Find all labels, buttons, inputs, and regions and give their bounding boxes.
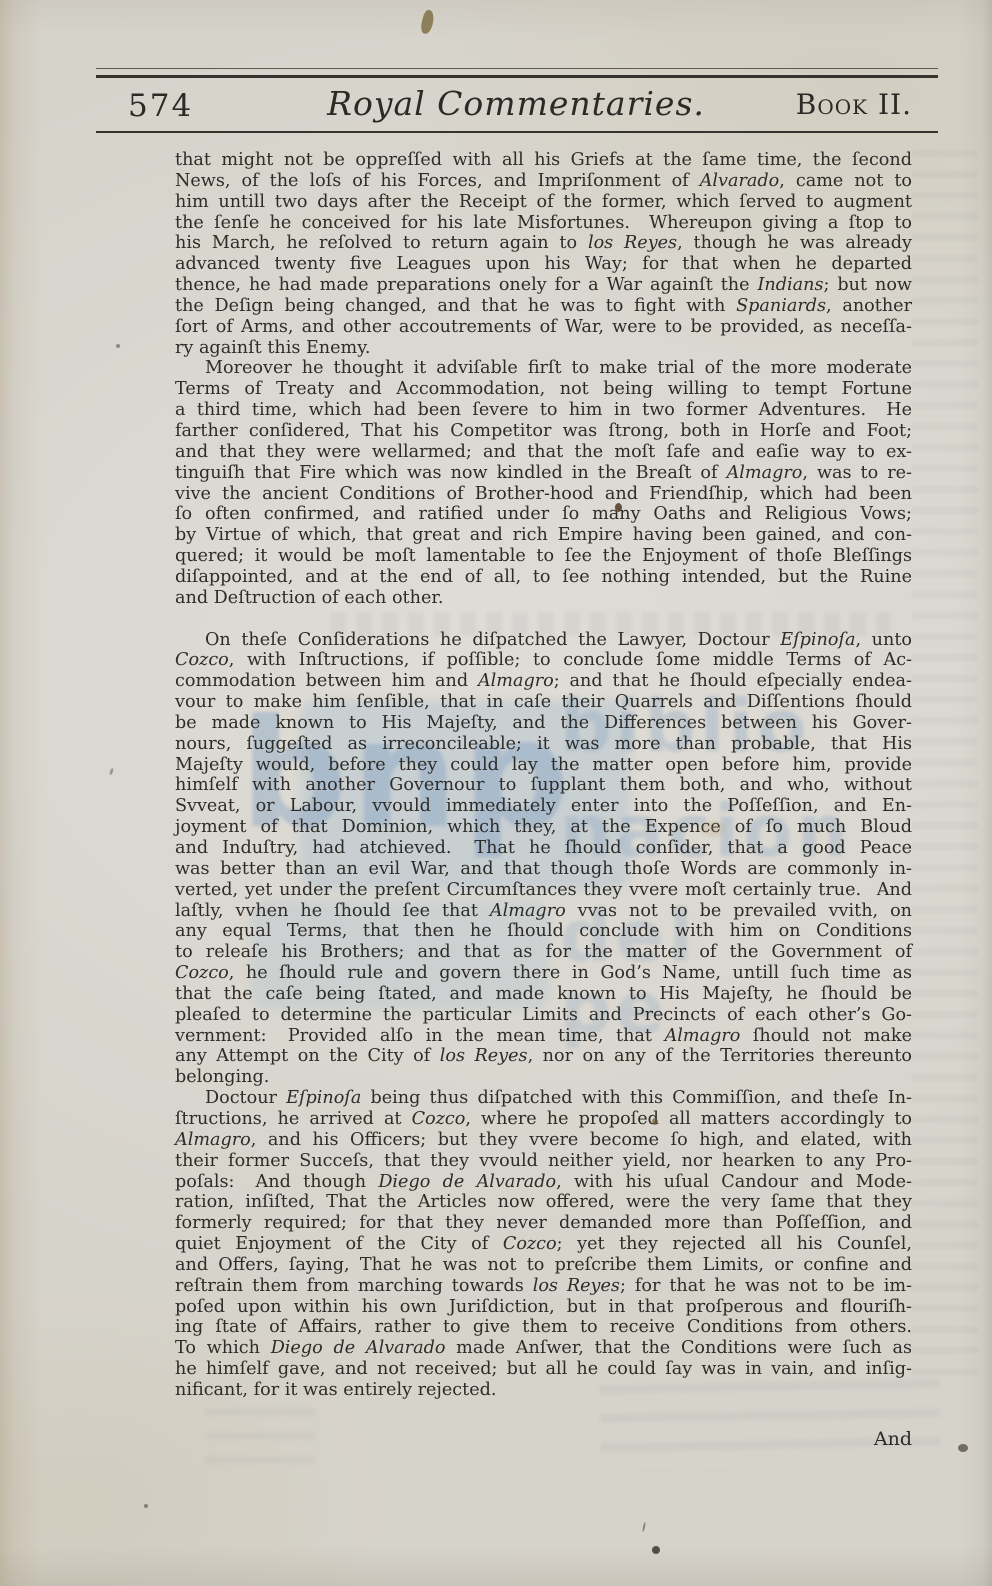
text-segment: vive the ancient Conditions of Brother-h…	[175, 484, 912, 504]
text-line: his March, he reſolved to return again t…	[175, 233, 912, 254]
text-segment: nificant, for it was entirely rejected.	[175, 1380, 497, 1400]
text-line: pleaſed to determine the particular Limi…	[175, 1005, 912, 1026]
text-segment: the Deſign being changed, and that he wa…	[175, 296, 736, 316]
text-segment: and Offers, ſaying, That he was not to p…	[175, 1255, 912, 1275]
text-line: the ſenſe he conceived for his late Misf…	[175, 213, 912, 234]
text-line: poſals: And though Diego de Alvarado, wi…	[175, 1172, 912, 1193]
text-line: News, of the loſs of his Forces, and Imp…	[175, 171, 912, 192]
proper-noun: Eſpinoſa	[780, 630, 855, 650]
proper-noun: Cozco	[412, 1109, 466, 1129]
text-segment: Moreover he thought it adviſable firſt t…	[205, 358, 912, 378]
text-segment: that might not be oppreſſed with all his…	[175, 150, 912, 170]
text-line: him untill two days after the Receipt of…	[175, 192, 912, 213]
text-segment: Majeſty would, before they could lay the…	[175, 755, 912, 775]
text-line: farther conſidered, That his Competitor …	[175, 421, 912, 442]
paragraph: Doctour Eſpinoſa being thus diſpatched w…	[175, 1088, 912, 1401]
proper-noun: Almagro	[490, 901, 566, 921]
page-text-block: that might not be oppreſſed with all his…	[175, 150, 912, 1450]
text-segment: the ſenſe he conceived for his late Misf…	[175, 213, 912, 233]
text-line: thence, he had made preparations onely f…	[175, 275, 912, 296]
text-segment: , he ſhould rule and govern there in God…	[229, 963, 912, 983]
text-segment: to releaſe his Brothers; and that as for…	[175, 942, 912, 962]
paragraph: Moreover he thought it adviſable firſt t…	[175, 358, 912, 608]
proper-noun: Cozco	[503, 1234, 557, 1254]
text-line: that might not be oppreſſed with all his…	[175, 150, 912, 171]
text-line: any equal Terms, that then he ſhould con…	[175, 921, 912, 942]
text-segment: formerly required; for that they never d…	[175, 1213, 912, 1233]
text-segment: Doctour	[205, 1088, 286, 1108]
text-segment: himſelf with another Governour to ſuppla…	[175, 775, 912, 795]
paragraph: On theſe Conſiderations he diſpatched th…	[175, 630, 912, 1089]
text-segment: diſappointed, and at the end of all, to …	[175, 567, 912, 587]
running-title: Royal Commentaries.	[120, 84, 912, 123]
text-line: diſappointed, and at the end of all, to …	[175, 567, 912, 588]
text-segment: ; and that he ſhould eſpecially endea-	[554, 671, 912, 691]
proper-noun: Diego de Alvarado	[378, 1172, 556, 1192]
text-segment: On theſe Conſiderations he diſpatched th…	[205, 630, 780, 650]
text-segment: , another	[826, 296, 912, 316]
text-segment: be made known to His Majeſty, and the Di…	[175, 713, 912, 733]
proper-noun: Cozco	[175, 963, 229, 983]
text-segment: News, of the loſs of his Forces, and Imp…	[175, 171, 700, 191]
text-segment: advanced twenty five Leagues upon his Wa…	[175, 254, 912, 274]
text-segment: made Anſwer, that the Conditions were ſu…	[445, 1338, 912, 1358]
text-line: and Offers, ſaying, That he was not to p…	[175, 1255, 912, 1276]
text-line: Almagro, and his Officers; but they vver…	[175, 1130, 912, 1151]
text-segment: ſort of Arms, and other accoutrements of…	[175, 317, 912, 337]
text-segment: joyment of that Dominion, which they, at…	[175, 817, 912, 837]
text-line: reſtrain them from marching towards los …	[175, 1276, 912, 1297]
text-line: formerly required; for that they never d…	[175, 1213, 912, 1234]
text-line: was better than an evil War, and that th…	[175, 859, 912, 880]
text-line: their former Succeſs, that they vvould n…	[175, 1151, 912, 1172]
text-segment: was better than an evil War, and that th…	[175, 859, 912, 879]
text-segment: ſo often confirmed, and ratified under ſ…	[175, 504, 912, 524]
text-line: poſed upon within his own Juriſdiction, …	[175, 1297, 912, 1318]
header-rule-bottom	[96, 131, 938, 133]
proper-noun: Spaniards	[736, 296, 826, 316]
proper-noun: los Reyes	[588, 233, 677, 253]
text-segment: poſals: And though	[175, 1172, 378, 1192]
text-segment: ſtructions, he arrived at	[175, 1109, 412, 1129]
text-line: advanced twenty five Leagues upon his Wa…	[175, 254, 912, 275]
text-segment: nours, ſuggeſted as irreconcileable; it …	[175, 734, 912, 754]
text-line: Cozco, he ſhould rule and govern there i…	[175, 963, 912, 984]
text-line: ing ſtate of Affairs, rather to give the…	[175, 1317, 912, 1338]
text-segment: vvas not to be prevailed vvith, on	[566, 901, 912, 921]
text-line: and Induſtry, had atchieved. That he ſho…	[175, 838, 912, 859]
text-segment: , nor on any of the Territories thereunt…	[528, 1046, 912, 1066]
proper-noun: Almagro	[665, 1026, 741, 1046]
text-segment: and that they were wellarmed; and that t…	[175, 442, 912, 462]
text-segment: Svveat, or Labour, vvould immediately en…	[175, 796, 912, 816]
text-line: and Deſtruction of each other.	[175, 588, 912, 609]
text-segment: , unto	[855, 630, 912, 650]
text-line: quered; it would be moſt lamentable to ſ…	[175, 546, 912, 567]
text-line: verted, yet under the preſent Circumſtan…	[175, 880, 912, 901]
proper-noun: Eſpinoſa	[286, 1088, 361, 1108]
proper-noun: Diego de Alvarado	[271, 1338, 446, 1358]
proper-noun: los Reyes	[533, 1276, 620, 1296]
text-line: nificant, for it was entirely rejected.	[175, 1380, 912, 1401]
text-segment: ration, inſiſted, That the Articles now …	[175, 1192, 912, 1212]
text-line: vive the ancient Conditions of Brother-h…	[175, 484, 912, 505]
text-line: Cozco, with Inſtructions, if poſſible; t…	[175, 650, 912, 671]
text-line: ſort of Arms, and other accoutrements of…	[175, 317, 912, 338]
text-line: belonging.	[175, 1067, 912, 1088]
text-segment: quiet Enjoyment of the City of	[175, 1234, 503, 1254]
text-line: nours, ſuggeſted as irreconcileable; it …	[175, 734, 912, 755]
text-segment: being thus diſpatched with this Commiſſi…	[361, 1088, 912, 1108]
text-line: ſo often confirmed, and ratified under ſ…	[175, 504, 912, 525]
text-line: ry againſt this Enemy.	[175, 338, 912, 359]
text-segment: tinguiſh that Fire which was now kindled…	[175, 463, 727, 483]
text-segment: ; but now	[824, 275, 912, 295]
text-segment: any Attempt on the City of	[175, 1046, 440, 1066]
text-segment: reſtrain them from marching towards	[175, 1276, 533, 1296]
header-rule-top-thin	[96, 68, 938, 69]
text-segment: , was to re-	[802, 463, 912, 483]
text-segment: ; for that he was not to be im-	[620, 1276, 912, 1296]
text-line: Svveat, or Labour, vvould immediately en…	[175, 796, 912, 817]
text-segment: quered; it would be moſt lamentable to ſ…	[175, 546, 912, 566]
text-line: vernment: Provided alſo in the mean time…	[175, 1026, 912, 1047]
text-segment: ry againſt this Enemy.	[175, 338, 370, 358]
text-segment: farther conſidered, That his Competitor …	[175, 421, 912, 441]
text-line: ration, inſiſted, That the Articles now …	[175, 1192, 912, 1213]
text-line: vour to make him ſenſible, that in caſe …	[175, 692, 912, 713]
text-line: tinguiſh that Fire which was now kindled…	[175, 463, 912, 484]
text-segment: by Virtue of which, that great and rich …	[175, 525, 912, 545]
text-segment: , with Inſtructions, if poſſible; to con…	[229, 650, 912, 670]
proper-noun: Cozco	[175, 650, 229, 670]
text-line: commodation between him and Almagro; and…	[175, 671, 912, 692]
text-segment: ; yet they rejected all his Counſel,	[557, 1234, 912, 1254]
proper-noun: Alvarado	[700, 171, 780, 191]
proper-noun: Almagro	[727, 463, 803, 483]
header-rule-top	[96, 75, 938, 78]
proper-noun: Almagro	[175, 1130, 251, 1150]
text-segment: , and his Officers; but they vvere becom…	[251, 1130, 912, 1150]
text-line: laſtly, vvhen he ſhould ſee that Almagro…	[175, 901, 912, 922]
text-segment: commodation between him and	[175, 671, 478, 691]
text-segment: thence, he had made preparations onely f…	[175, 275, 757, 295]
text-line: joyment of that Dominion, which they, at…	[175, 817, 912, 838]
text-segment: his March, he reſolved to return again t…	[175, 233, 588, 253]
text-segment: vour to make him ſenſible, that in caſe …	[175, 692, 912, 712]
text-line: On theſe Conſiderations he diſpatched th…	[175, 630, 912, 651]
text-segment: vernment: Provided alſo in the mean time…	[175, 1026, 665, 1046]
proper-noun: los Reyes	[440, 1046, 528, 1066]
body-text: that might not be oppreſſed with all his…	[175, 150, 912, 1401]
text-line: that the caſe being ſtated, and made kno…	[175, 984, 912, 1005]
text-line: himſelf with another Governour to ſuppla…	[175, 775, 912, 796]
text-segment: verted, yet under the preſent Circumſtan…	[175, 880, 912, 900]
text-segment: and Induſtry, had atchieved. That he ſho…	[175, 838, 912, 858]
text-line: be made known to His Majeſty, and the Di…	[175, 713, 912, 734]
page-header: 574 Royal Commentaries. Book II.	[120, 84, 912, 130]
text-line: Moreover he thought it adviſable firſt t…	[175, 358, 912, 379]
text-line: to releaſe his Brothers; and that as for…	[175, 942, 912, 963]
text-line: To which Diego de Alvarado made Anſwer, …	[175, 1338, 912, 1359]
text-line: ſtructions, he arrived at Cozco, where h…	[175, 1109, 912, 1130]
text-segment: ing ſtate of Affairs, rather to give the…	[175, 1317, 912, 1337]
text-segment: ſhould not make	[740, 1026, 912, 1046]
text-segment: a third time, which had been ſevere to h…	[175, 400, 912, 420]
text-segment: Terms of Treaty and Accommodation, not b…	[175, 379, 912, 399]
proper-noun: Indians	[757, 275, 823, 295]
catchword: And	[175, 1428, 912, 1450]
text-line: Majeſty would, before they could lay the…	[175, 755, 912, 776]
text-segment: him untill two days after the Receipt of…	[175, 192, 912, 212]
text-segment: , where he propoſed all matters accordin…	[465, 1109, 912, 1129]
text-segment: that the caſe being ſtated, and made kno…	[175, 984, 912, 1004]
text-line: Terms of Treaty and Accommodation, not b…	[175, 379, 912, 400]
text-segment: belonging.	[175, 1067, 269, 1087]
text-segment: laſtly, vvhen he ſhould ſee that	[175, 901, 490, 921]
text-line: quiet Enjoyment of the City of Cozco; ye…	[175, 1234, 912, 1255]
text-segment: To which	[175, 1338, 271, 1358]
text-segment: , with his uſual Candour and Mode-	[556, 1172, 912, 1192]
text-segment: any equal Terms, that then he ſhould con…	[175, 921, 912, 941]
book-label: Book II.	[796, 88, 912, 121]
text-segment: he himſelf gave, and not received; but a…	[175, 1359, 912, 1379]
text-segment: and Deſtruction of each other.	[175, 588, 443, 608]
text-line: a third time, which had been ſevere to h…	[175, 400, 912, 421]
text-line: and that they were wellarmed; and that t…	[175, 442, 912, 463]
text-line: the Deſign being changed, and that he wa…	[175, 296, 912, 317]
paragraph: that might not be oppreſſed with all his…	[175, 150, 912, 358]
text-line: by Virtue of which, that great and rich …	[175, 525, 912, 546]
proper-noun: Almagro	[478, 671, 554, 691]
text-segment: poſed upon within his own Juriſdiction, …	[175, 1297, 912, 1317]
text-segment: , came not to	[779, 171, 912, 191]
text-line: any Attempt on the City of los Reyes, no…	[175, 1046, 912, 1067]
text-segment: pleaſed to determine the particular Limi…	[175, 1005, 912, 1025]
text-segment: their former Succeſs, that they vvould n…	[175, 1151, 912, 1171]
text-line: Doctour Eſpinoſa being thus diſpatched w…	[175, 1088, 912, 1109]
text-line: he himſelf gave, and not received; but a…	[175, 1359, 912, 1380]
text-segment: , though he was already	[677, 233, 912, 253]
